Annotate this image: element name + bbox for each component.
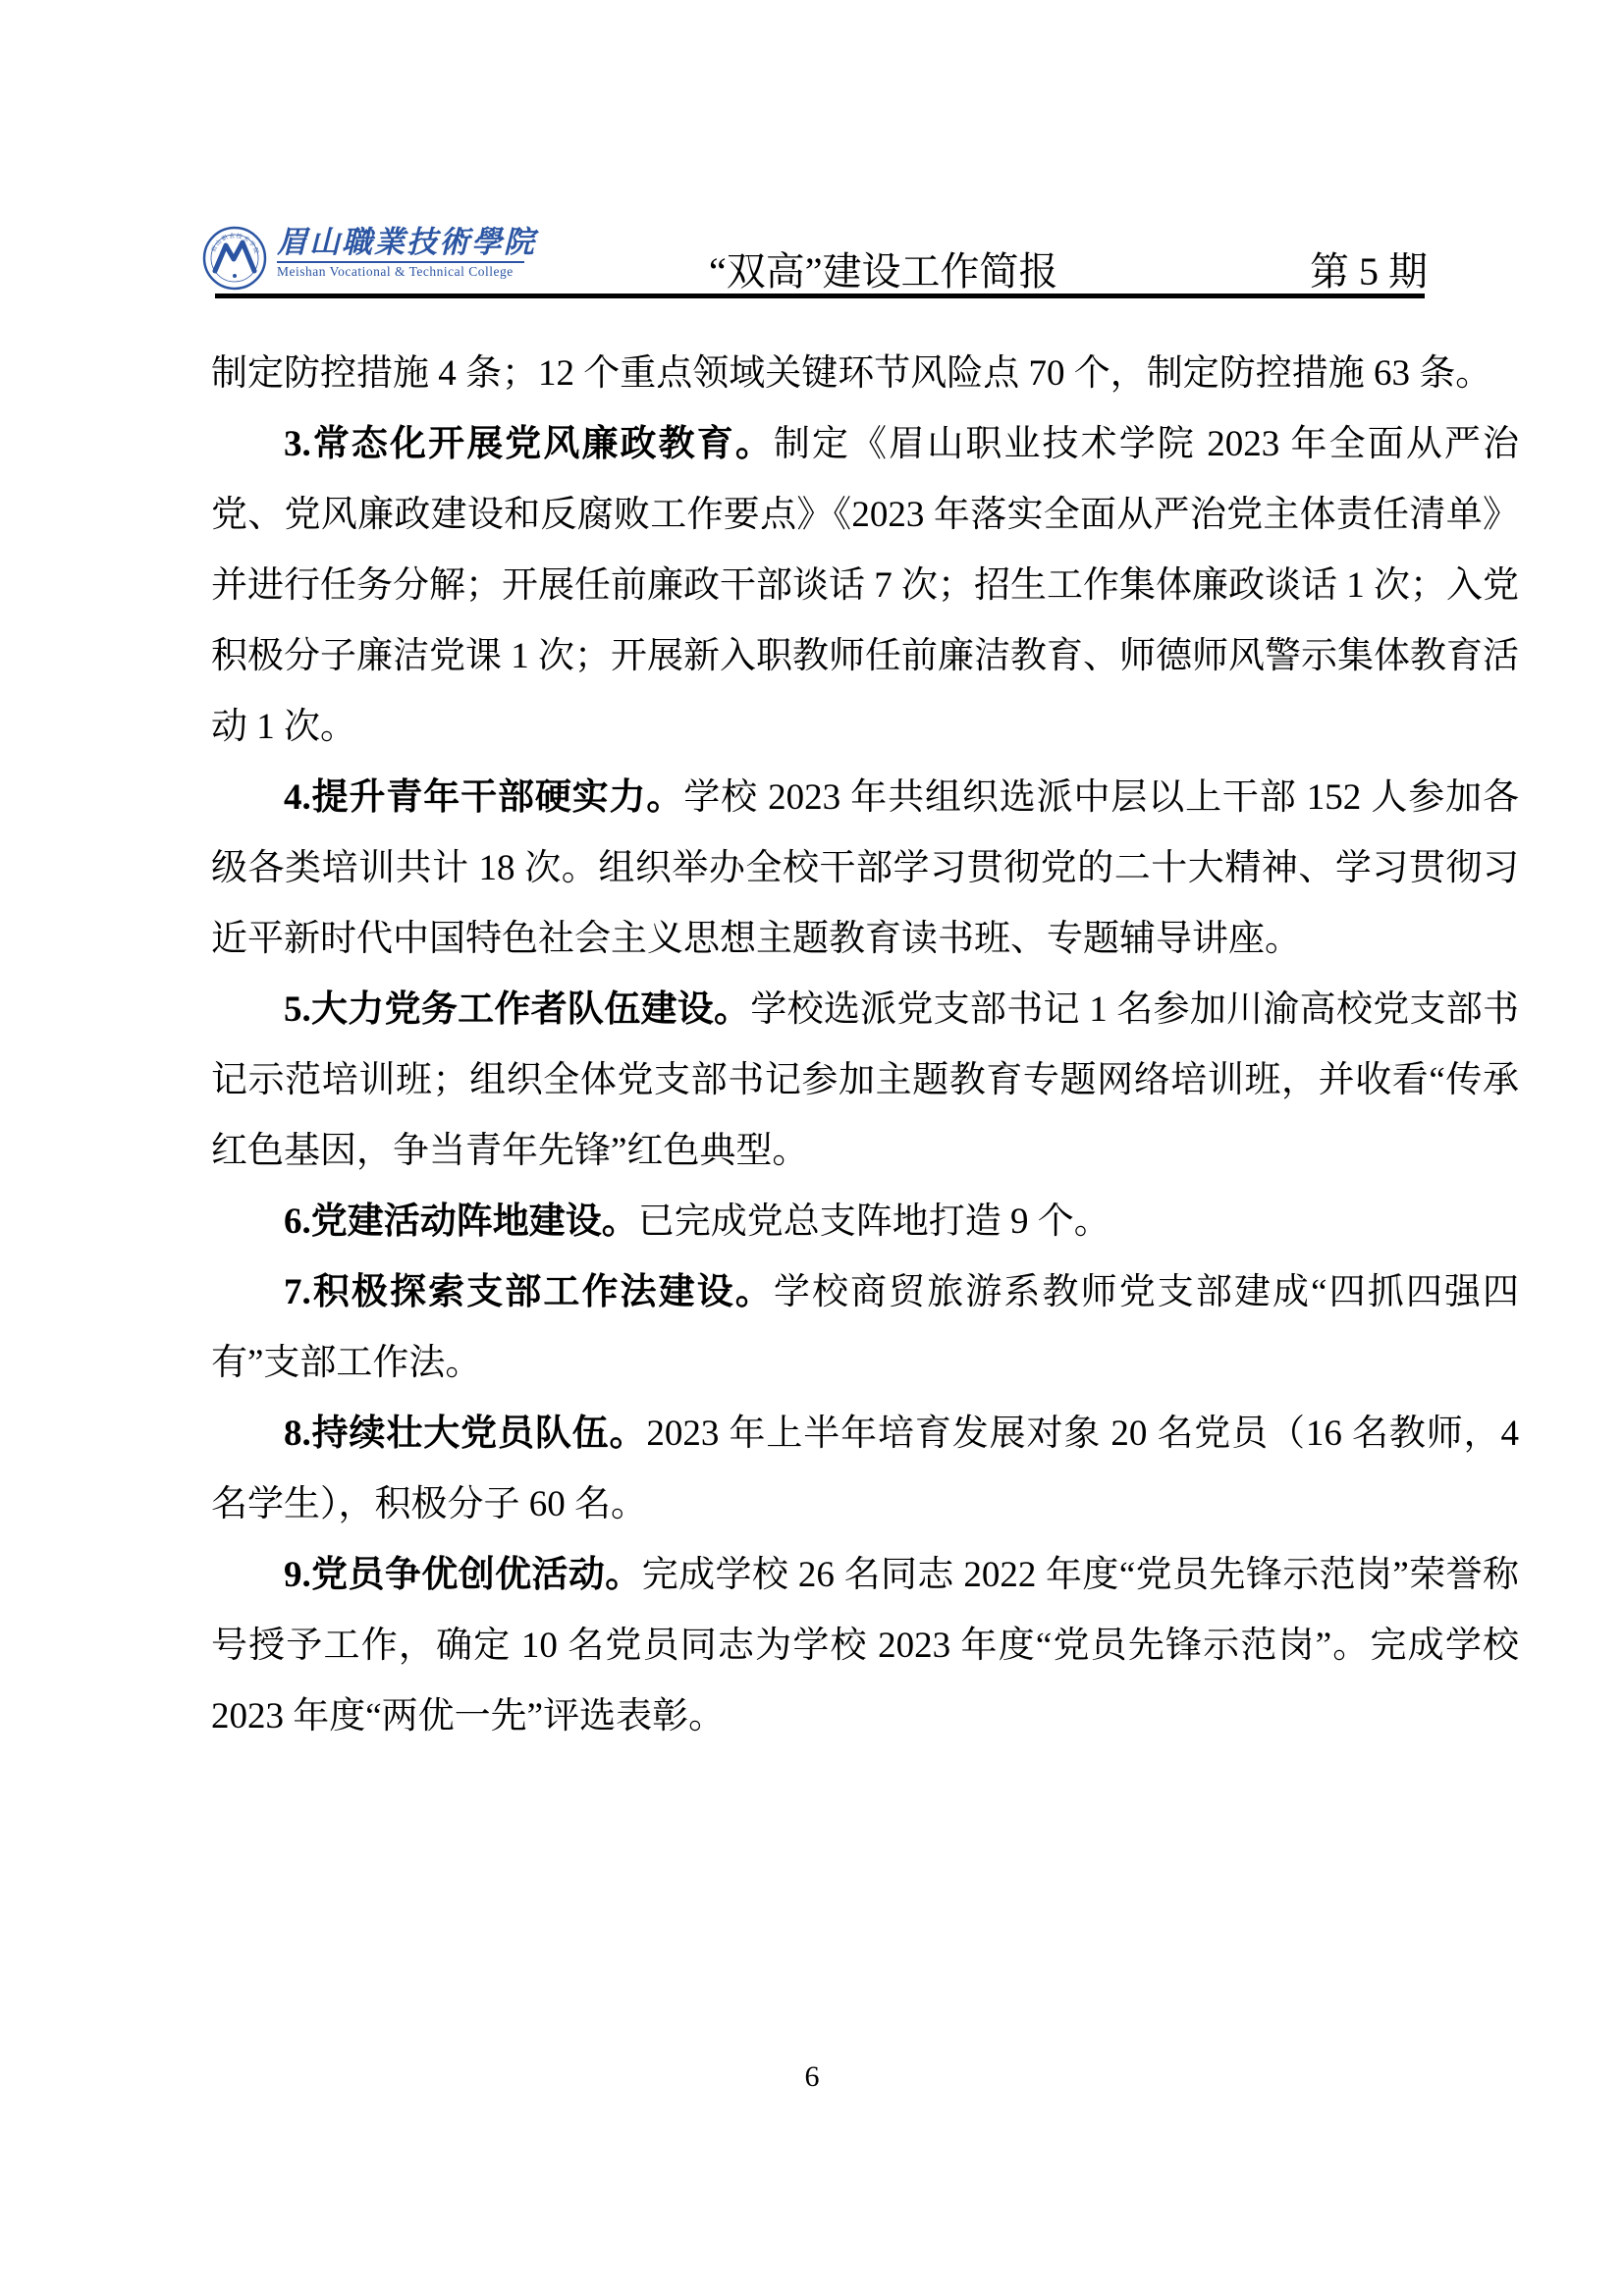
college-name-en: Meishan Vocational & Technical College bbox=[277, 263, 536, 280]
paragraph-text: 制定《眉山职业技术学院 2023 年全面从严治党、党风廉政建设和反腐败工作要点》… bbox=[211, 424, 1519, 747]
body-paragraph: 7.积极探索支部工作法建设。学校商贸旅游系教师党支部建成“四抓四强四有”支部工作… bbox=[211, 1257, 1519, 1399]
issue-number: 第 5 期 bbox=[1310, 250, 1428, 294]
body-paragraph: 6.党建活动阵地建设。已完成党总支阵地打造 9 个。 bbox=[211, 1187, 1519, 1257]
body-paragraph: 制定防控措施 4 条；12 个重点领域关键环节风险点 70 个，制定防控措施 6… bbox=[211, 339, 1519, 409]
page-number: 6 bbox=[805, 2060, 820, 2093]
body-paragraph: 4.提升青年干部硬实力。学校 2023 年共组织选派中层以上干部 152 人参加… bbox=[211, 763, 1519, 975]
college-name-zh: 眉山職業技術學院 bbox=[277, 226, 536, 259]
paragraph-lead: 7.积极探索支部工作法建设。 bbox=[284, 1272, 774, 1312]
paragraph-text: 制定防控措施 4 条；12 个重点领域关键环节风险点 70 个，制定防控措施 6… bbox=[211, 353, 1491, 394]
college-logo: 眉山职业技术学院 眉山職業技術學院 Meishan Vocational & T… bbox=[202, 226, 536, 291]
body-paragraph: 3.常态化开展党风廉政教育。制定《眉山职业技术学院 2023 年全面从严治党、党… bbox=[211, 409, 1519, 763]
page-footer: 6 bbox=[0, 2059, 1624, 2095]
header-rule bbox=[215, 294, 1425, 298]
college-seal-icon: 眉山职业技术学院 bbox=[202, 226, 267, 291]
paragraph-text: 已完成党总支阵地打造 9 个。 bbox=[638, 1201, 1110, 1242]
paragraph-lead: 6.党建活动阵地建设。 bbox=[284, 1201, 638, 1242]
paragraph-lead: 3.常态化开展党风廉政教育。 bbox=[284, 424, 774, 464]
paragraph-lead: 5.大力党务工作者队伍建设。 bbox=[284, 989, 750, 1030]
body-paragraph: 9.党员争优创优活动。完成学校 26 名同志 2022 年度“党员先锋示范岗”荣… bbox=[211, 1540, 1519, 1752]
bulletin-title: “双高”建设工作简报 bbox=[709, 250, 1058, 294]
document-page: 眉山职业技术学院 眉山職業技術學院 Meishan Vocational & T… bbox=[0, 0, 1624, 2296]
paragraph-lead: 8.持续壮大党员队伍。 bbox=[284, 1414, 646, 1454]
body-paragraph: 8.持续壮大党员队伍。2023 年上半年培育发展对象 20 名党员（16 名教师… bbox=[211, 1399, 1519, 1540]
page-header: 眉山职业技术学院 眉山職業技術學院 Meishan Vocational & T… bbox=[0, 0, 1624, 304]
body-paragraph: 5.大力党务工作者队伍建设。学校选派党支部书记 1 名参加川渝高校党支部书记示范… bbox=[211, 975, 1519, 1187]
document-body: 制定防控措施 4 条；12 个重点领域关键环节风险点 70 个，制定防控措施 6… bbox=[211, 339, 1519, 1752]
paragraph-lead: 4.提升青年干部硬实力。 bbox=[284, 777, 683, 818]
college-name-block: 眉山職業技術學院 Meishan Vocational & Technical … bbox=[277, 226, 536, 280]
paragraph-lead: 9.党员争优创优活动。 bbox=[284, 1555, 642, 1595]
